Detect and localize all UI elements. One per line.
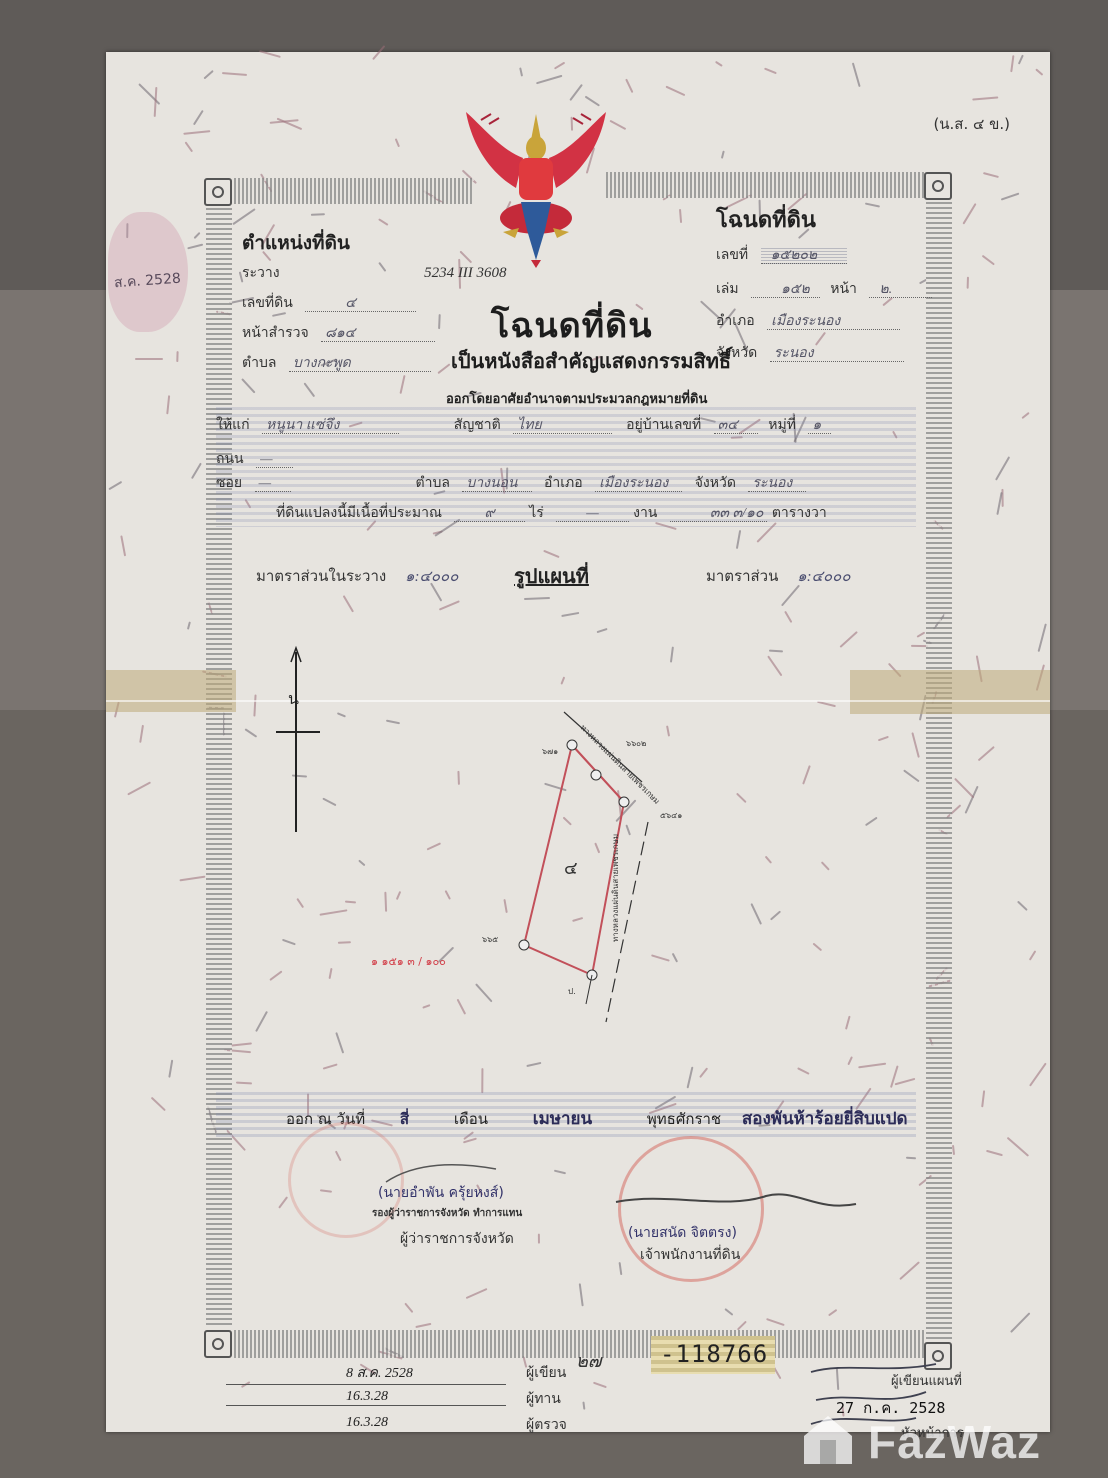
field-amphoe: อำเภอ เมืองระนอง (716, 310, 900, 332)
area-rai: ๙ (454, 506, 524, 522)
paper-fiber (687, 1067, 694, 1089)
field-label: ตำบล (242, 355, 276, 371)
paper-fiber (619, 1262, 622, 1276)
field-map-sheet: ระวาง 5234 III 3608 (242, 262, 507, 284)
paper-fiber (900, 1261, 920, 1279)
signatory-position: รองผู้ว่าราชการจังหวัด ทำการแทน (372, 1206, 522, 1221)
paper-fiber (665, 86, 685, 96)
field-label: จังหวัด (695, 475, 736, 491)
scale-right: มาตราส่วน ๑:๔๐๐๐ (706, 564, 851, 588)
microtext-border-right (926, 202, 952, 1340)
paper-fiber (767, 656, 782, 677)
registry-row: 16.3.28 ผู้ตรวจ (226, 1414, 506, 1431)
scale-value: ๑:๔๐๐๐ (797, 569, 850, 585)
tape-strip (106, 670, 236, 712)
paper-fiber (222, 72, 247, 75)
field-label: เล่ม (716, 281, 739, 297)
field-parcel-no: เลขที่ดิน ๔ (242, 292, 416, 314)
signatory-role: เจ้าพนักงานที่ดิน (640, 1244, 740, 1266)
svg-text:น: น (288, 689, 299, 708)
field-label: ระวาง (242, 265, 280, 281)
field-label: หน้า (830, 281, 857, 297)
paper-fiber (680, 209, 683, 223)
field-province: จังหวัด ระนอง (716, 342, 904, 364)
paper-fiber (524, 597, 550, 600)
field-label: ไร่ (529, 505, 544, 521)
owner-house-no: ๓๔ (714, 418, 758, 434)
field-value: ระนอง (770, 346, 904, 362)
field-value: ๒. (869, 282, 932, 298)
paper-fiber (764, 68, 777, 74)
issued-by-line: ออกโดยอาศัยอำนาจตามประมวลกฎหมายที่ดิน (446, 388, 707, 409)
issue-month: เมษายน (533, 1109, 592, 1129)
owner-amphoe: เมืองระนอง (595, 476, 682, 492)
registry-date: 16.3.28 (346, 1389, 388, 1404)
paper-fiber (954, 778, 974, 798)
paper-fiber (1007, 1137, 1029, 1157)
field-deed-no: เลขที่ ๑๕๒๐๒ (716, 244, 847, 266)
paper-fiber (438, 363, 450, 373)
paper-fiber (343, 595, 354, 612)
svg-text:๕๖๔๑: ๕๖๔๑ (660, 811, 682, 820)
paper-fiber (986, 1149, 1003, 1155)
paper-fiber (829, 1309, 838, 1316)
registry-row: 16.3.28 ผู้ทาน (226, 1388, 506, 1406)
paper-fiber (721, 151, 724, 159)
location-heading: ตำแหน่งที่ดิน (242, 228, 350, 258)
paper-fiber (520, 67, 523, 76)
paper-fiber (108, 481, 122, 490)
road-row: ถนน — (216, 448, 293, 470)
signatory-name: (นายสนัด จิตตรง) (628, 1222, 737, 1244)
scale-label: มาตราส่วนในระวาง (256, 567, 386, 585)
paper-fiber (561, 612, 579, 617)
paper-fiber (1021, 412, 1029, 419)
paper-fiber (724, 1308, 733, 1315)
paper-fiber (204, 70, 214, 79)
paper-fiber (1038, 624, 1047, 652)
paper-fiber (785, 610, 793, 622)
paper-fiber (323, 1064, 338, 1070)
paper-fiber (767, 1318, 785, 1325)
paper-fiber (185, 141, 193, 152)
paper-fiber (1001, 193, 1019, 200)
paper-fiber (438, 601, 459, 611)
paper-fiber (140, 725, 144, 743)
scale-label: มาตราส่วน (706, 567, 778, 585)
paper-fiber (770, 910, 781, 920)
owner-tambon: บางนอน (462, 476, 531, 492)
microtext-border-left (206, 208, 232, 1328)
paper-fiber (597, 628, 608, 633)
paper-fiber (1017, 901, 1028, 911)
paper-fiber (1035, 69, 1042, 76)
svg-text:ป.: ป. (568, 987, 576, 996)
paper-fiber (840, 632, 858, 649)
field-survey-page: หน้าสำรวจ ๘๑๔ (242, 322, 435, 344)
registry-date: 16.3.28 (346, 1415, 388, 1430)
paper-fiber (865, 203, 880, 207)
paper-fiber (279, 1197, 289, 1209)
field-label: อำเภอ (544, 475, 583, 491)
paper-fiber (242, 378, 256, 393)
area-ngan: — (556, 506, 628, 522)
registry-role: ผู้ตรวจ (526, 1414, 567, 1436)
paper-fiber (151, 1096, 166, 1110)
paper-fiber (570, 84, 583, 101)
paper-fiber (781, 585, 800, 607)
field-label: ซอย (216, 475, 242, 491)
side-stamp-text: ส.ค. 2528 (113, 268, 181, 295)
paper-fiber (231, 1043, 252, 1047)
field-volume: เล่ม ๑๕๒ หน้า ๒. (716, 278, 932, 300)
paper-fiber (952, 1145, 955, 1155)
area-row: ที่ดินแปลงนี้มีเนื้อที่ประมาณ ๙ ไร่ — งา… (276, 502, 827, 524)
owner-row: ให้แก่ หนูนา แซ่จึง สัญชาติ ไทย อยู่บ้าน… (216, 414, 831, 436)
paper-fiber (120, 535, 125, 556)
field-label: ตำบล (415, 475, 449, 491)
paper-fiber (982, 254, 994, 264)
field-label: ตารางวา (772, 505, 827, 521)
paper-fiber (179, 876, 205, 881)
paper-fiber (183, 131, 210, 135)
issue-date-row: ออก ณ วันที่ สี่ เดือน เมษายน พุทธศักราช… (286, 1105, 908, 1132)
fazwaz-logo-icon (800, 1410, 856, 1466)
field-value: บางกะพูด (289, 356, 431, 372)
soi-row: ซอย — ตำบล บางนอน อำเภอ เมืองระนอง จังหว… (216, 472, 806, 494)
field-label: เลขที่ดิน (242, 295, 293, 311)
corner-ornament (204, 1330, 232, 1358)
paper-fiber (911, 732, 919, 757)
owner-name: หนูนา แซ่จึง (262, 418, 399, 434)
paper-fiber (1010, 1312, 1030, 1332)
paper-fiber (715, 60, 723, 66)
registry-role: ผู้ทาน (526, 1388, 561, 1410)
field-label: อำเภอ (716, 313, 755, 329)
paper-fiber (593, 1382, 607, 1388)
field-label: เดือน (454, 1110, 488, 1128)
paper-fiber (259, 50, 280, 57)
paper-fiber (400, 376, 406, 395)
field-label: หน้าสำรวจ (242, 325, 309, 341)
paper-fiber (700, 1067, 709, 1077)
paper-fiber (415, 1324, 431, 1329)
paper-fiber (585, 96, 600, 106)
paper-fiber (1030, 1063, 1047, 1087)
field-value: ๔ (305, 296, 416, 312)
paper-fiber (918, 632, 926, 638)
issue-year: สองพันห้าร้อยยี่สิบแปด (742, 1109, 908, 1129)
deed-heading: โฉนดที่ดิน (716, 202, 816, 237)
paper-fiber (379, 219, 389, 226)
svg-text:๖๖๐๒: ๖๖๐๒ (626, 739, 646, 748)
paper-fiber (903, 769, 919, 782)
svg-text:๔: ๔ (564, 858, 578, 879)
paper-fiber (395, 139, 400, 148)
paper-fiber (878, 736, 889, 741)
paper-fiber (526, 1063, 541, 1068)
paper-fiber (555, 62, 566, 69)
paper-fiber (983, 172, 999, 177)
area-wa: ๓๓ ๓/๑๐ (670, 506, 768, 522)
garuda-emblem (461, 110, 611, 270)
corner-ornament (924, 172, 952, 200)
field-label: งาน (633, 505, 657, 521)
microtext-border-top (606, 172, 924, 198)
registry-date: 8 ส.ค. 2528 (346, 1366, 413, 1381)
owner-nationality: ไทย (513, 418, 611, 434)
paper-fiber (579, 1283, 583, 1306)
land-title-deed: ส.ค. 2528 (น.ส. ๔ ข.) ตำแหน่งที่ดิน ระวา… (106, 52, 1050, 1432)
field-value: 5234 III 3608 (424, 265, 507, 281)
registry-row: 8 ส.ค. 2528 ผู้เขียน (226, 1362, 506, 1385)
paper-fiber (766, 855, 773, 863)
microtext-border-top (234, 178, 474, 204)
paper-fiber (177, 351, 179, 362)
paper-fiber (967, 276, 969, 288)
svg-text:ทางหลวงแผ่นดินสายเพชรเกษม: ทางหลวงแผ่นดินสายเพชรเกษม (611, 834, 620, 942)
paper-fiber (1029, 950, 1036, 960)
parcel-map: น ๔ ทางหลวงแผ่นดินสายเพชรเกษม ทางหลวงแผ่… (246, 642, 746, 1042)
paper-fiber (978, 747, 995, 762)
field-value: เมืองระนอง (767, 314, 900, 330)
paper-fiber (194, 232, 201, 239)
paper-fiber (482, 1068, 484, 1093)
paper-fiber (895, 1078, 915, 1085)
document-title: โฉนดที่ดิน (491, 298, 652, 352)
field-label: เลขที่ (716, 247, 748, 263)
field-value: ๘๑๔ (321, 326, 435, 342)
serial-number: -118766 (660, 1340, 768, 1368)
paper-fiber (906, 1157, 916, 1159)
paper-fiber (192, 463, 202, 479)
paper-fiber (536, 75, 562, 84)
paper-fiber (1011, 55, 1015, 72)
form-code: (น.ส. ๔ ข.) (933, 112, 1010, 136)
tape-strip (850, 670, 1050, 714)
paper-fiber (169, 1060, 173, 1078)
paper-fiber (187, 244, 203, 249)
paper-fiber (852, 62, 860, 86)
scale-left: มาตราส่วนในระวาง ๑:๔๐๐๐ (256, 564, 458, 588)
paper-fiber (583, 1402, 586, 1410)
paper-fiber (466, 1289, 488, 1300)
fazwaz-watermark: FazWaz (868, 1415, 1041, 1469)
paper-fiber (848, 1056, 853, 1065)
paper-fiber (127, 782, 151, 796)
svg-text:๑ ๑๕๑ ๓ / ๑๐๐: ๑ ๑๕๑ ๓ / ๑๐๐ (371, 955, 446, 968)
field-label: ให้แก่ (216, 417, 250, 433)
paper-fiber (911, 644, 928, 646)
paper-fiber (751, 903, 762, 924)
paper-fiber (233, 208, 256, 224)
svg-text:๖๖๕: ๖๖๕ (482, 935, 498, 944)
paper-fiber (193, 110, 203, 125)
paper-fiber (995, 456, 1010, 481)
field-tambon: ตำบล บางกะพูด (242, 352, 431, 374)
field-label: สัญชาติ (454, 417, 501, 433)
owner-moo: ๑ (808, 418, 831, 434)
paper-fiber (845, 1015, 850, 1029)
registry-role: ผู้เขียน (526, 1362, 566, 1384)
paper-fiber (405, 1302, 414, 1312)
field-label: หมู่ที่ (768, 417, 796, 433)
field-value: ๑๕๒ (751, 282, 820, 298)
owner-road: — (256, 452, 292, 468)
field-label: ที่ดินแปลงนี้มีเนื้อที่ประมาณ (276, 505, 442, 521)
paper-fiber (539, 1234, 541, 1244)
paper-fiber (736, 530, 741, 549)
paper-fiber (167, 395, 170, 414)
paper-fiber (304, 383, 315, 398)
paper-fiber (972, 97, 998, 101)
paper-fiber (858, 1063, 886, 1068)
paper-fiber (1019, 55, 1025, 65)
paper-fiber (625, 79, 633, 93)
paper-fiber (187, 622, 191, 630)
paper-fiber (609, 120, 626, 130)
signature (606, 1182, 866, 1222)
paper-fiber (813, 943, 822, 951)
corner-ornament (204, 178, 232, 206)
svg-text:๖๗๑: ๖๗๑ (542, 747, 558, 756)
field-value: ๑๕๒๐๒ (761, 248, 847, 264)
paper-fiber (236, 1081, 252, 1083)
owner-province: ระนอง (748, 476, 806, 492)
map-title: รูปแผนที่ (514, 560, 589, 592)
signatory-name: (นายอำพัน ครุ้ยหงส์) (378, 1182, 504, 1204)
book-number: ๒๗ (576, 1346, 601, 1375)
paper-fiber (311, 214, 325, 216)
issue-day: สี่ (400, 1110, 409, 1128)
document-subtitle: เป็นหนังสือสำคัญแสดงกรรมสิทธิ์ (451, 345, 731, 377)
paper-fiber (544, 549, 560, 557)
field-label: ถนน (216, 451, 244, 467)
paper-fiber (821, 861, 830, 870)
paper-fiber (963, 203, 977, 224)
field-label: อยู่บ้านเลขที่ (626, 417, 701, 433)
paper-fiber (865, 817, 878, 826)
signatory-role: ผู้ว่าราชการจังหวัด (400, 1228, 514, 1250)
paper-fiber (438, 314, 440, 329)
owner-soi: — (255, 476, 291, 492)
scale-value: ๑:๔๐๐๐ (405, 569, 458, 585)
paper-fiber (135, 358, 163, 360)
paper-fiber (981, 1090, 984, 1107)
paper-fiber (797, 1067, 809, 1074)
paper-fiber (554, 1169, 566, 1173)
paper-fiber (769, 650, 783, 652)
paper-fiber (803, 766, 811, 785)
field-label: พุทธศักราช (647, 1110, 721, 1128)
